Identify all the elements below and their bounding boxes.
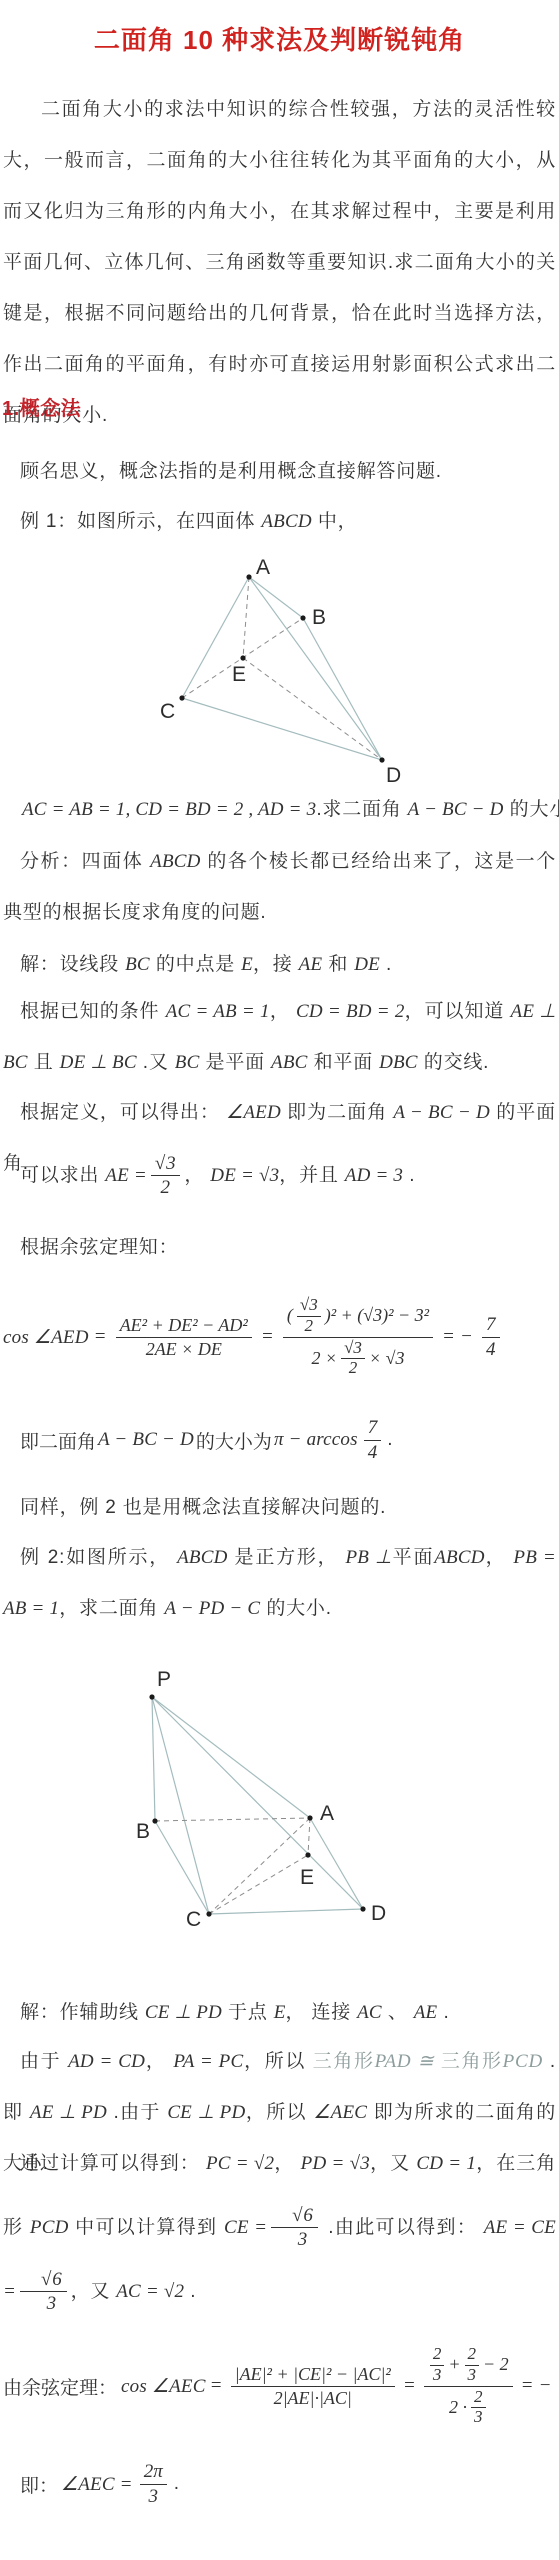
cosine-formula-2: 由余弦定理： cos ∠AEC = |AE|² + |CE|² − |AC|²2… bbox=[3, 2338, 556, 2434]
nested-fraction: 23 bbox=[465, 2345, 480, 2384]
math-text: ABCD bbox=[177, 1547, 227, 1568]
fraction-numerator: (√32)² + (√3)² − 3² bbox=[283, 1296, 433, 1337]
text: 是平面 bbox=[199, 1052, 271, 1073]
text: ， bbox=[184, 1165, 210, 1186]
example1-intro: 例 1：如图所示，在四面体 ABCD 中， bbox=[3, 496, 556, 547]
analysis-paragraph: 分析：四面体 ABCD 的各个棱长都已经给出来了，这是一个典型的根据长度求角度的… bbox=[3, 836, 556, 938]
fraction-numerator: 7 bbox=[364, 1417, 382, 1441]
nested-fraction: 23 bbox=[471, 2388, 486, 2427]
math-text: ABC bbox=[271, 1052, 308, 1073]
fraction-denominator: 2 bbox=[349, 1359, 358, 1378]
text: 例 2:如图所示， bbox=[20, 1547, 177, 1568]
math-text: cos ∠AEC bbox=[121, 2375, 206, 2398]
math-text: × √3 bbox=[369, 1348, 405, 1369]
document-page: 二面角 10 种求法及判断锐钝角 二面角大小的求法中知识的综合性较强，方法的灵活… bbox=[0, 0, 559, 2560]
fig2-vertex-label-d: D bbox=[371, 1902, 386, 1926]
math-text: + bbox=[448, 2354, 460, 2375]
math-text: AE ⊥ PD bbox=[30, 2102, 107, 2123]
fraction-numerator: √6 bbox=[20, 2269, 67, 2293]
fraction-numerator: 23+23− 2 bbox=[424, 2345, 513, 2386]
fraction-numerator: 2π bbox=[140, 2461, 167, 2485]
math-text: PD = √3 bbox=[301, 2153, 370, 2174]
math-text: π − arccos bbox=[274, 1429, 358, 1451]
math-text: CE = bbox=[224, 2217, 267, 2238]
math-text: AC = √2 bbox=[116, 2281, 184, 2302]
text: 的中点是 bbox=[150, 954, 241, 975]
text: 例 1：如图所示，在四面体 bbox=[20, 511, 261, 532]
math-text: A − BC − D bbox=[98, 1429, 194, 1451]
text: 中， bbox=[312, 511, 358, 532]
page-title: 二面角 10 种求法及判断锐钝角 bbox=[3, 20, 556, 57]
math-text: A − BC − D bbox=[393, 1102, 490, 1123]
gray-math-text: PCD bbox=[503, 2051, 543, 2072]
fig1-vertex-label-a: A bbox=[256, 556, 270, 580]
fig2-vertex-label-a: A bbox=[320, 1802, 334, 1826]
nested-fraction: √32 bbox=[341, 1339, 365, 1378]
fraction-denominator: 2 ×√32× √3 bbox=[311, 1338, 404, 1378]
fraction-numerator: 7 bbox=[482, 1314, 500, 1338]
fraction: 74 bbox=[364, 1417, 382, 1464]
fraction: √32 bbox=[151, 1153, 181, 1200]
math-text: DE bbox=[354, 954, 380, 975]
text: . bbox=[184, 2281, 196, 2302]
text: .由于 bbox=[107, 2102, 167, 2123]
equals-sign: = bbox=[261, 1326, 274, 1348]
fraction: |AE|² + |CE|² − |AC|²2|AE|·|AC| bbox=[231, 2364, 395, 2408]
fraction-denominator: 3 bbox=[474, 2408, 483, 2427]
math-text: cos ∠AED bbox=[3, 1326, 89, 1349]
text: ，所以 bbox=[245, 2102, 313, 2123]
fraction-denominator: 3 bbox=[433, 2366, 442, 2385]
text: ，接 bbox=[253, 954, 299, 975]
fraction-denominator: 2AE × DE bbox=[146, 1338, 222, 1360]
math-text: ABCD bbox=[261, 511, 311, 532]
math-text: 2 · bbox=[449, 2397, 467, 2418]
text: 即为二面角 bbox=[281, 1102, 393, 1123]
fraction-denominator: 3 bbox=[148, 2485, 158, 2508]
fraction-numerator: √3 bbox=[341, 1339, 365, 1360]
pyramid-figure bbox=[0, 1660, 559, 1960]
fraction-numerator: 2 bbox=[465, 2345, 480, 2366]
math-text: AC bbox=[357, 2002, 382, 2023]
given-lengths-line: AC = AB = 1, CD = BD = 2 , AD = 3.求二面角 A… bbox=[22, 784, 556, 835]
gray-math-text: PAD bbox=[375, 2051, 412, 2072]
congruent-symbol: ≅ bbox=[411, 2051, 440, 2072]
math-text: ∠AEC = bbox=[61, 2473, 133, 2496]
text: 即： bbox=[20, 2471, 58, 2498]
text: ， bbox=[485, 1547, 514, 1568]
math-text: BC bbox=[175, 1052, 200, 1073]
fig2-vertex-label-e: E bbox=[300, 1866, 314, 1890]
gray-text: 三角形 bbox=[441, 2051, 503, 2072]
fraction-numerator: √6 bbox=[271, 2205, 318, 2229]
fraction-numerator: AE² + DE² − AD² bbox=[116, 1315, 252, 1338]
final-result-line: 即： ∠AEC =2π3 . bbox=[20, 2458, 556, 2510]
equals-sign: = bbox=[403, 2375, 416, 2397]
text: 的大小. bbox=[260, 1598, 332, 1619]
text: ，并且 bbox=[279, 1165, 344, 1186]
math-text: CD = BD = 2 bbox=[296, 1001, 405, 1022]
math-text: DBC bbox=[379, 1052, 418, 1073]
math-text: E bbox=[241, 954, 253, 975]
fraction-numerator: |AE|² + |CE|² − |AC|² bbox=[231, 2364, 395, 2387]
fig2-vertex-label-b: B bbox=[136, 1820, 150, 1844]
math-text: DE = √3 bbox=[210, 1165, 279, 1186]
fraction-denominator: 3 bbox=[468, 2366, 477, 2385]
math-text: PB ⊥ bbox=[345, 1547, 391, 1568]
math-text: AE bbox=[299, 954, 323, 975]
text: 由于 bbox=[20, 2051, 68, 2072]
fraction-denominator: 3 bbox=[281, 2228, 308, 2251]
text: 根据已知的条件 bbox=[20, 1001, 166, 1022]
text: 是正方形， bbox=[228, 1547, 346, 1568]
tetrahedron-figure bbox=[0, 550, 559, 795]
text: 即二面角 bbox=[20, 1427, 96, 1454]
fraction: AE² + DE² − AD²2AE × DE bbox=[116, 1315, 252, 1359]
result-line-1: 即二面角 A − BC − D 的大小为 π − arccos74. bbox=[20, 1412, 556, 1468]
math-text: CD = 1 bbox=[416, 2153, 476, 2174]
fraction-numerator: 2 bbox=[471, 2388, 486, 2409]
text: ，求二面角 bbox=[59, 1598, 164, 1619]
solution-step: 可以求出 AE =√32， DE = √3，并且 AD = 3 . bbox=[20, 1146, 556, 1206]
text: 于点 bbox=[222, 2002, 274, 2023]
example2-intro: 例 2:如图所示， ABCD 是正方形， PB ⊥平面ABCD， PB = AB… bbox=[3, 1532, 556, 1634]
paragraph: 顾名思义，概念法指的是利用概念直接解答问题. bbox=[3, 446, 556, 497]
text: ，又 bbox=[71, 2281, 117, 2302]
text: 可以求出 bbox=[20, 1165, 105, 1186]
math-text: CE ⊥ PD bbox=[167, 2102, 245, 2123]
fig2-vertex-label-p: P bbox=[157, 1668, 171, 1692]
text: 、 bbox=[382, 2002, 414, 2023]
text: ， bbox=[274, 2153, 300, 2174]
math-text: − 2 bbox=[483, 2354, 509, 2375]
text: 的大小为 bbox=[196, 1427, 272, 1454]
text: 平面 bbox=[392, 1547, 435, 1568]
math-text: AC = AB = 1 bbox=[166, 1001, 270, 1022]
cosine-formula-1: cos ∠AED = AE² + DE² − AD²2AE × DE = (√3… bbox=[3, 1283, 556, 1391]
text: . bbox=[403, 1165, 415, 1186]
text: 分析：四面体 bbox=[20, 851, 150, 872]
math-text: AD = 3 bbox=[345, 1165, 403, 1186]
text: . bbox=[387, 1429, 392, 1451]
math-text: AE bbox=[414, 2002, 438, 2023]
fraction-denominator: 4 bbox=[368, 1441, 378, 1464]
math-text: A − PD − C bbox=[164, 1598, 260, 1619]
fraction: √63 bbox=[20, 2269, 67, 2316]
math-text: )² + (√3)² − 3² bbox=[325, 1305, 429, 1326]
text: ， bbox=[145, 2051, 173, 2072]
fig1-vertex-label-c: C bbox=[160, 700, 175, 724]
math-text: PA = PC bbox=[173, 2051, 243, 2072]
text: ， bbox=[270, 1001, 296, 1022]
math-text: PC = √2 bbox=[206, 2153, 274, 2174]
math-text: ( bbox=[287, 1305, 293, 1326]
text: 解：设线段 bbox=[20, 954, 125, 975]
fraction-denominator: 4 bbox=[486, 1338, 496, 1361]
text: ， 连接 bbox=[286, 2002, 358, 2023]
solution-step: 根据已知的条件 AC = AB = 1， CD = BD = 2，可以知道 AE… bbox=[3, 986, 556, 1088]
text: 和平面 bbox=[308, 1052, 380, 1073]
math-text: DE ⊥ BC bbox=[60, 1052, 137, 1073]
math-text: CE ⊥ PD bbox=[145, 2002, 222, 2023]
text: .又 bbox=[137, 1052, 175, 1073]
text: .由此可以得到： bbox=[322, 2217, 484, 2238]
intro-paragraph: 二面角大小的求法中知识的综合性较强，方法的灵活性较大，一般而言，二面角的大小往往… bbox=[3, 84, 556, 441]
fraction: (√32)² + (√3)² − 3² 2 ×√32× √3 bbox=[283, 1296, 433, 1378]
text: 解：作辅助线 bbox=[20, 2002, 145, 2023]
text: ，所以 bbox=[243, 2051, 312, 2072]
paragraph: 同样，例 2 也是用概念法直接解决问题的. bbox=[3, 1482, 556, 1533]
fraction-denominator: 2 ·23 bbox=[449, 2387, 488, 2427]
fraction-denominator: 2|AE|·|AC| bbox=[274, 2387, 352, 2409]
text: 由余弦定理： bbox=[3, 2373, 117, 2400]
math-text: 2 × bbox=[311, 1348, 337, 1369]
math-text: ABCD bbox=[150, 851, 200, 872]
fig1-vertex-label-e: E bbox=[232, 663, 246, 687]
equals-sign: = bbox=[94, 1326, 107, 1348]
text: 的交线. bbox=[418, 1052, 490, 1073]
fig1-vertex-label-b: B bbox=[312, 606, 326, 630]
text: 和 bbox=[322, 954, 354, 975]
fraction-denominator: 2 bbox=[160, 1176, 170, 1199]
fraction: √63 bbox=[271, 2205, 318, 2252]
math-text: AC = AB = 1, CD = BD = 2 , AD = 3 bbox=[22, 799, 316, 820]
fraction-numerator: √3 bbox=[151, 1153, 181, 1177]
text: .求二面角 bbox=[316, 799, 407, 820]
math-text: ∠AED bbox=[226, 1102, 281, 1123]
equals-sign: = bbox=[210, 2375, 223, 2397]
text: . bbox=[380, 954, 392, 975]
math-text: ∠AEC bbox=[313, 2102, 367, 2123]
math-text: A − BC − D bbox=[408, 799, 504, 820]
fraction-numerator: 2 bbox=[430, 2345, 445, 2366]
text: 根据定义，可以得出： bbox=[20, 1102, 226, 1123]
fig2-vertex-label-c: C bbox=[186, 1908, 201, 1932]
text: . bbox=[174, 2473, 179, 2495]
equals-sign: = − bbox=[521, 2375, 552, 2397]
fraction: 74 bbox=[482, 1314, 500, 1361]
text: 通过计算可以得到： bbox=[20, 2153, 206, 2174]
solution-step: 通过计算可以得到： PC = √2， PD = √3，又 CD = 1，在三角形… bbox=[3, 2132, 556, 2324]
math-text: AD = CD bbox=[68, 2051, 145, 2072]
gray-text: 三角形 bbox=[313, 2051, 375, 2072]
text: . bbox=[437, 2002, 449, 2023]
fraction-denominator: 2 bbox=[305, 1317, 314, 1336]
text: ，可以知道 bbox=[405, 1001, 511, 1022]
paragraph: 根据余弦定理知： bbox=[3, 1222, 556, 1273]
math-text: E bbox=[274, 2002, 286, 2023]
text: 且 bbox=[28, 1052, 60, 1073]
fraction: 2π3 bbox=[140, 2461, 167, 2508]
text: 的大小. bbox=[504, 799, 559, 820]
fraction: 23+23− 2 2 ·23 bbox=[424, 2345, 513, 2427]
text: ，又 bbox=[370, 2153, 416, 2174]
solution-step: 解：作辅助线 CE ⊥ PD 于点 E， 连接 AC 、 AE . bbox=[3, 1987, 556, 2038]
nested-fraction: √32 bbox=[297, 1296, 321, 1335]
equals-sign: = − bbox=[442, 1326, 473, 1348]
text: 中可以计算得到 bbox=[69, 2217, 224, 2238]
math-text: AE = bbox=[105, 1165, 147, 1186]
math-text: BC bbox=[125, 954, 150, 975]
fraction-numerator: √3 bbox=[297, 1296, 321, 1317]
nested-fraction: 23 bbox=[430, 2345, 445, 2384]
section-heading: 1.概念法 bbox=[2, 392, 556, 421]
solution-step: 解：设线段 BC 的中点是 E，接 AE 和 DE . bbox=[3, 939, 556, 990]
math-text: ABCD bbox=[434, 1547, 484, 1568]
fraction-denominator: 3 bbox=[30, 2292, 57, 2315]
math-text: PCD bbox=[30, 2217, 69, 2238]
